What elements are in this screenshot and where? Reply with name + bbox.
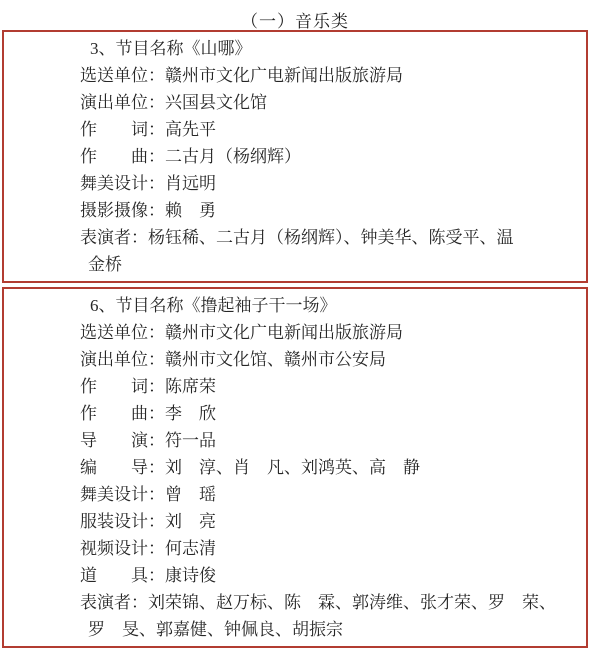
program-line-composer: 作 曲：二古月（杨纲辉） bbox=[4, 143, 586, 170]
program-title-line: 3、节目名称《山哪》 bbox=[4, 35, 586, 62]
program-line-photography: 摄影摄像：赖 勇 bbox=[4, 197, 586, 224]
program-line-performers-cont: 金桥 bbox=[4, 251, 586, 278]
program-line-director: 导 演：符一品 bbox=[4, 427, 586, 454]
program-line-lyricist: 作 词：高先平 bbox=[4, 116, 586, 143]
program-line-stage-design: 舞美设计：肖远明 bbox=[4, 170, 586, 197]
program-title-line: 6、节目名称《撸起袖子干一场》 bbox=[4, 292, 586, 319]
program-line-costume-design: 服装设计：刘 亮 bbox=[4, 508, 586, 535]
program-box-6: 6、节目名称《撸起袖子干一场》 选送单位：赣州市文化广电新闻出版旅游局 演出单位… bbox=[2, 287, 588, 648]
program-line-performers-cont: 罗 旻、郭嘉健、钟佩良、胡振宗 bbox=[4, 616, 586, 643]
program-line-props: 道 具：康诗俊 bbox=[4, 562, 586, 589]
program-line-composer: 作 曲：李 欣 bbox=[4, 400, 586, 427]
program-line-video-design: 视频设计：何志清 bbox=[4, 535, 586, 562]
program-line-lyricist: 作 词：陈席荣 bbox=[4, 373, 586, 400]
program-line-stage-design: 舞美设计：曾 瑶 bbox=[4, 481, 586, 508]
program-line-performers: 表演者：杨钰稀、二古月（杨纲辉）、钟美华、陈受平、温 bbox=[4, 224, 586, 251]
program-line-submitting-unit: 选送单位：赣州市文化广电新闻出版旅游局 bbox=[4, 62, 586, 89]
program-line-performing-unit: 演出单位：赣州市文化馆、赣州市公安局 bbox=[4, 346, 586, 373]
program-line-performers: 表演者：刘荣锦、赵万标、陈 霖、郭涛维、张才荣、罗 荣、 bbox=[4, 589, 586, 616]
program-line-performing-unit: 演出单位：兴国县文化馆 bbox=[4, 89, 586, 116]
section-title: （一）音乐类 bbox=[0, 0, 590, 30]
program-box-3: 3、节目名称《山哪》 选送单位：赣州市文化广电新闻出版旅游局 演出单位：兴国县文… bbox=[2, 30, 588, 283]
program-line-submitting-unit: 选送单位：赣州市文化广电新闻出版旅游局 bbox=[4, 319, 586, 346]
program-line-choreographer: 编 导：刘 淳、肖 凡、刘鸿英、高 静 bbox=[4, 454, 586, 481]
